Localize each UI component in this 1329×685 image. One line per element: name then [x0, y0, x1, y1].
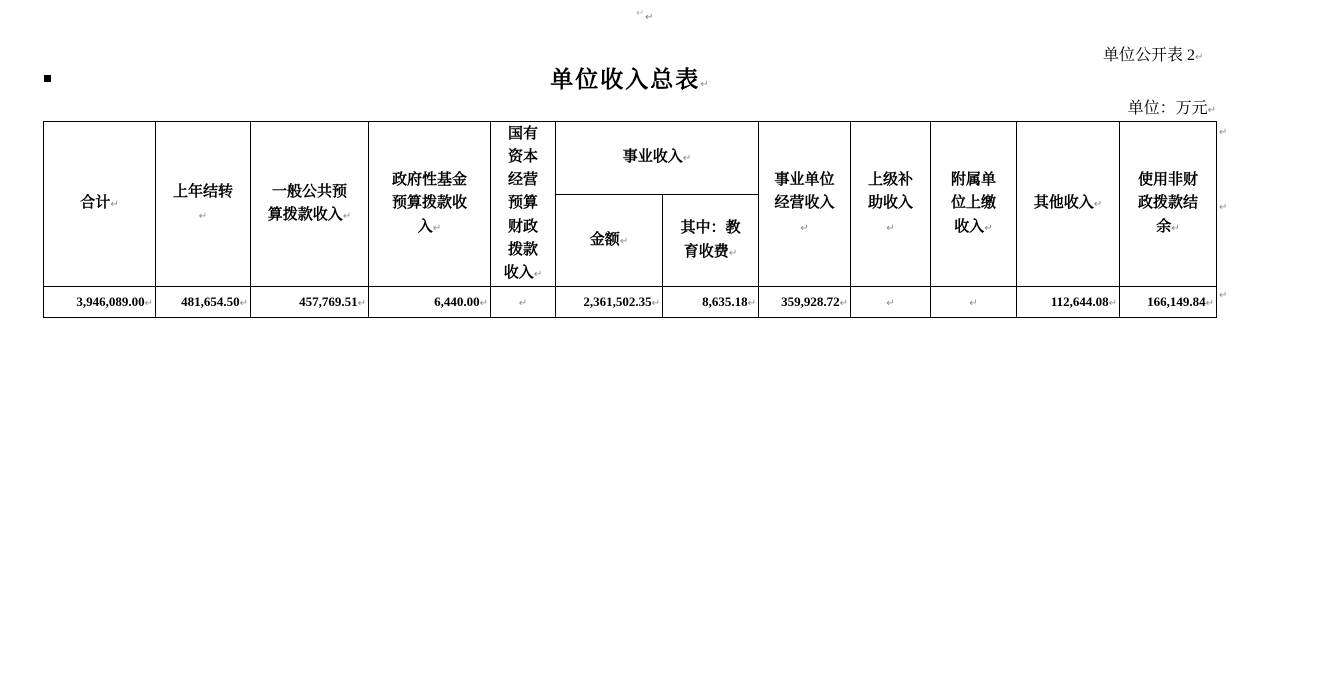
paragraph-mark-icon: ↵	[1206, 298, 1214, 309]
header-cell-superior-subsidy: 上级补助收入↵	[851, 122, 931, 287]
header-cell-business-income-group: 事业收入↵	[556, 122, 759, 195]
paragraph-mark-icon: ↵	[636, 9, 644, 19]
paragraph-mark-icon: ↵	[519, 298, 527, 309]
paragraph-mark-icon: ↵	[652, 298, 660, 309]
cell-gov-fund-budget: 6,440.00↵	[369, 287, 491, 318]
cell-general-public-budget: 457,769.51↵	[251, 287, 369, 318]
header-cell-affiliated-units: 附属单位上缴收入↵	[931, 122, 1017, 287]
row-end-paragraph-mark-icon: ↵	[1219, 291, 1227, 301]
cell-value: 2,361,502.35	[583, 294, 651, 309]
paragraph-mark-icon: ↵	[840, 298, 848, 309]
paragraph-mark-icon: ↵	[1208, 105, 1216, 116]
paragraph-mark-icon: ↵	[984, 223, 992, 234]
header-cell-state-capital: 国有资本经营预算财政拨款收入↵	[491, 122, 556, 287]
header-label: 一般公共预算拨款收入	[268, 184, 347, 223]
header-row-1: 合计↵ 上年结转↵ 一般公共预算拨款收入↵ 政府性基金预算拨款收入↵ 国有资本经…	[44, 122, 1217, 195]
header-label: 事业收入	[623, 149, 683, 165]
paragraph-mark-icon: ↵	[145, 298, 153, 309]
header-cell-total: 合计↵	[44, 122, 156, 287]
header-label: 上年结转	[173, 184, 233, 200]
header-label: 上级补助收入	[868, 172, 913, 211]
header-cell-amount: 金额↵	[556, 195, 663, 287]
paragraph-mark-icon: ↵	[886, 298, 894, 309]
cell-prev-carryover: 481,654.50↵	[156, 287, 251, 318]
paragraph-mark-icon: ↵	[1094, 199, 1102, 210]
cell-amount: 2,361,502.35↵	[556, 287, 663, 318]
header-cell-education-fee: 其中：教育收费↵	[663, 195, 759, 287]
paragraph-mark-icon: ↵	[1109, 298, 1117, 309]
cell-value: 3,946,089.00	[76, 294, 144, 309]
cell-state-capital: ↵	[491, 287, 556, 318]
header-cell-business-operation: 事业单位经营收入↵	[759, 122, 851, 287]
paragraph-mark-icon: ↵	[358, 298, 366, 309]
row-end-paragraph-mark-icon: ↵	[1219, 128, 1227, 138]
cell-value: 359,928.72	[781, 294, 840, 309]
cell-superior-subsidy: ↵	[851, 287, 931, 318]
paragraph-mark-icon: ↵	[729, 248, 737, 259]
paragraph-mark-icon: ↵	[800, 223, 808, 234]
row-end-paragraph-mark-icon: ↵	[1219, 203, 1227, 213]
cell-other-income: 112,644.08↵	[1017, 287, 1120, 318]
header-label: 使用非财政拨款结余	[1138, 172, 1198, 235]
header-cell-other-income: 其他收入↵	[1017, 122, 1120, 287]
income-summary-table: 合计↵ 上年结转↵ 一般公共预算拨款收入↵ 政府性基金预算拨款收入↵ 国有资本经…	[43, 121, 1217, 318]
paragraph-mark-icon: ↵	[700, 79, 708, 90]
header-cell-non-fiscal-balance: 使用非财政拨款结余↵	[1120, 122, 1217, 287]
header-label: 政府性基金预算拨款收入	[392, 172, 467, 235]
cell-affiliated-units: ↵	[931, 287, 1017, 318]
header-cell-gov-fund-budget: 政府性基金预算拨款收入↵	[369, 122, 491, 287]
paragraph-mark-icon: ↵	[343, 211, 351, 222]
paragraph-mark-icon: ↵	[534, 269, 542, 280]
paragraph-mark-icon: ↵	[620, 236, 628, 247]
cell-value: 457,769.51	[299, 294, 358, 309]
cell-value: 6,440.00	[434, 294, 480, 309]
header-label: 事业单位经营收入	[774, 172, 834, 211]
paragraph-mark-icon: ↵	[969, 298, 977, 309]
paragraph-mark-icon: ↵	[110, 199, 118, 210]
paragraph-mark-icon: ↵	[683, 153, 691, 164]
paragraph-mark-icon: ↵	[240, 298, 248, 309]
cell-non-fiscal-balance: 166,149.84↵	[1120, 287, 1217, 318]
header-label: 国有资本经营预算财政拨款收入	[504, 126, 538, 282]
paragraph-mark-icon: ↵	[645, 13, 653, 23]
page-title: 单位收入总表↵	[43, 61, 1216, 94]
header-cell-general-public-budget: 一般公共预算拨款收入↵	[251, 122, 369, 287]
paragraph-mark-icon: ↵	[886, 223, 894, 234]
cell-total: 3,946,089.00↵	[44, 287, 156, 318]
header-label: 合计	[80, 195, 110, 211]
header-label: 其他收入	[1034, 195, 1094, 211]
document-page: ↵ ↵ 单位公开表 2↵ 单位收入总表↵ 单位：万元↵ 合计↵ 上年结转↵ 一般…	[0, 0, 1329, 685]
cell-value: 8,635.18	[702, 294, 748, 309]
cell-value: 166,149.84	[1147, 294, 1206, 309]
cell-business-operation: 359,928.72↵	[759, 287, 851, 318]
unit-note: 单位：万元↵	[43, 95, 1216, 118]
paragraph-mark-icon: ↵	[199, 211, 207, 222]
paragraph-mark-icon: ↵	[480, 298, 488, 309]
paragraph-mark-icon: ↵	[748, 298, 756, 309]
cell-value: 481,654.50	[181, 294, 240, 309]
data-row: 3,946,089.00↵ 481,654.50↵ 457,769.51↵ 6,…	[44, 287, 1217, 318]
cell-education-fee: 8,635.18↵	[663, 287, 759, 318]
header-label: 金额	[590, 232, 620, 248]
paragraph-mark-icon: ↵	[1171, 223, 1179, 234]
header-cell-prev-carryover: 上年结转↵	[156, 122, 251, 287]
unit-note-text: 单位：万元	[1128, 100, 1208, 117]
paragraph-mark-icon: ↵	[433, 223, 441, 234]
cell-value: 112,644.08	[1051, 294, 1109, 309]
page-title-text: 单位收入总表	[550, 67, 700, 92]
